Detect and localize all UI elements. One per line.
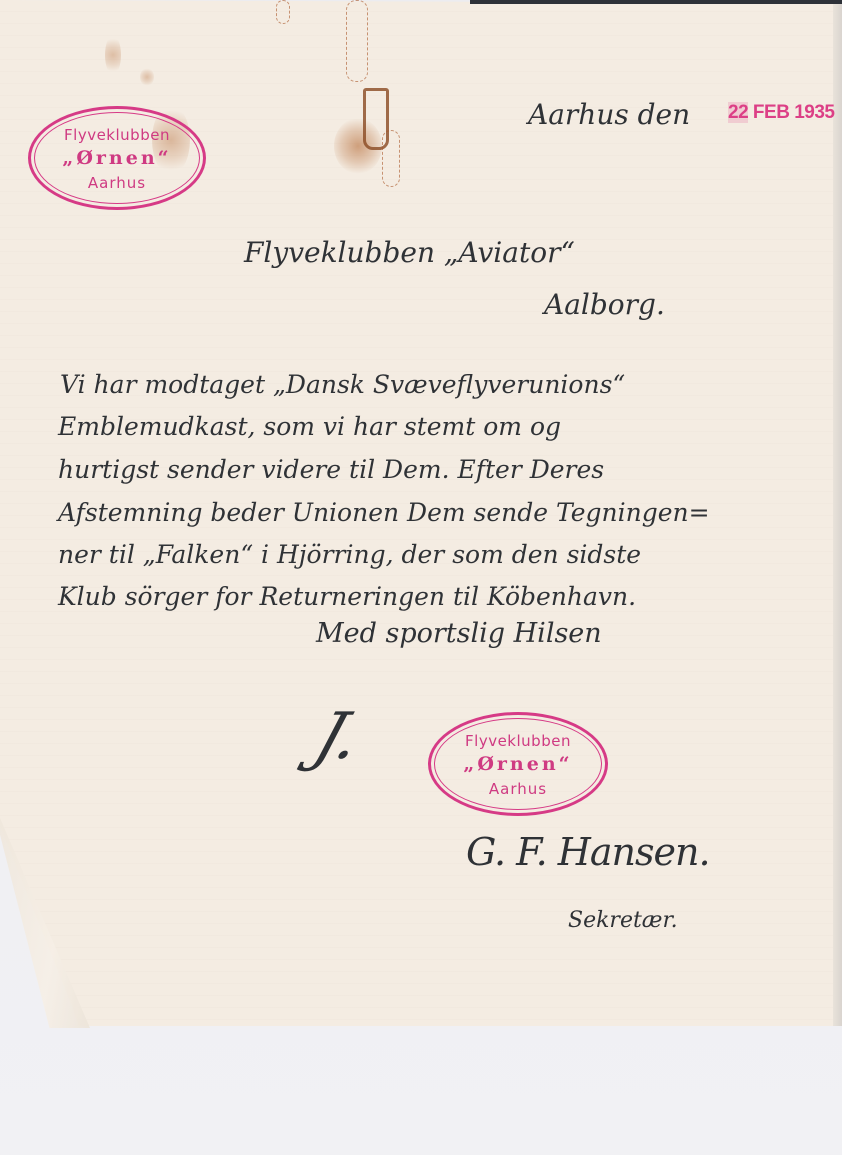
date-stamp-month: FEB (753, 102, 790, 123)
stamp-club-name: „Ørnen“ (431, 753, 605, 775)
stamp-club-label: Flyveklubben (431, 732, 605, 750)
staple-ghost-mark (276, 0, 290, 24)
received-date-stamp: 22 FEB 1935 (728, 102, 834, 124)
body-line: hurtigst sender videre til Dem. Efter De… (58, 455, 604, 484)
stamp-city: Aarhus (31, 174, 203, 192)
signatory-title: Sekretær. (568, 908, 678, 933)
signature: G. F. Hansen. (466, 830, 710, 874)
paper-top-shadow (470, 0, 842, 4)
date-stamp-day: 22 (728, 102, 748, 123)
body-line: Vi har modtaget „Dansk Svæveflyverunions… (60, 370, 625, 399)
closing-salutation: Med sportslig Hilsen (316, 618, 602, 649)
stamp-club-label: Flyveklubben (31, 126, 203, 144)
body-line: ner til „Falken“ i Hjörring, der som den… (58, 540, 641, 569)
recipient-line-1: Flyveklubben „Aviator“ (244, 236, 575, 269)
body-line: Afstemning beder Unionen Dem sende Tegni… (58, 498, 710, 527)
staple-ghost-mark (346, 0, 368, 82)
body-line: Klub sörger for Returneringen til Köbenh… (58, 582, 636, 611)
rust-stain (105, 35, 121, 75)
rust-stain (140, 68, 154, 86)
recipient-line-2: Aalborg. (544, 288, 665, 321)
stamp-city: Aarhus (431, 780, 605, 798)
paper-right-edge (833, 4, 842, 1026)
body-line: Emblemudkast, som vi har stemt om og (58, 412, 561, 441)
place-date-line: Aarhus den (528, 98, 690, 131)
staple-ghost-mark (382, 130, 400, 187)
club-stamp-signature: Flyveklubben „Ørnen“ Aarhus (428, 712, 608, 816)
stamp-club-name: „Ørnen“ (31, 147, 203, 169)
date-stamp-year: 1935 (794, 102, 834, 123)
club-stamp-top: Flyveklubben „Ørnen“ Aarhus (28, 106, 206, 210)
